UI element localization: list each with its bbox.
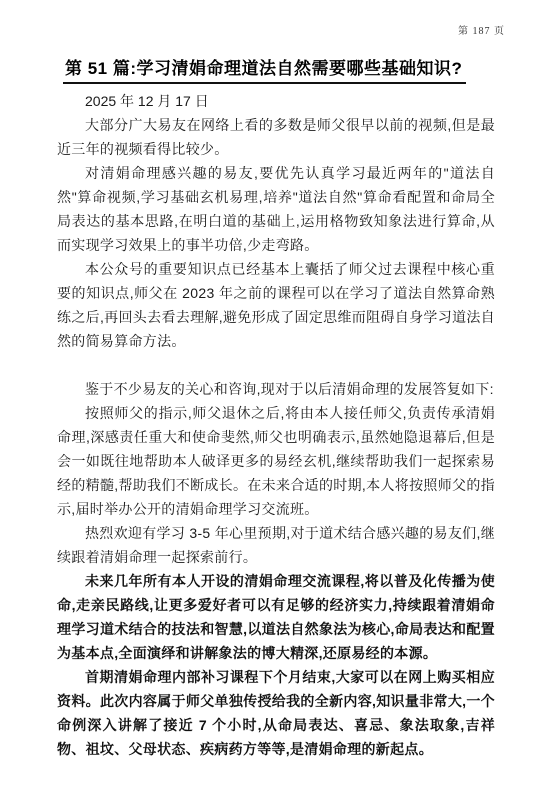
article-title: 第 51 篇:学习清娟命理道法自然需要哪些基础知识? <box>63 54 466 84</box>
paragraph: 大部分广大易友在网络上看的多数是师父很早以前的视频,但是最近三年的视频看得比较少… <box>57 113 495 161</box>
document-page: 第 187 页 第 51 篇:学习清娟命理道法自然需要哪些基础知识? 2025 … <box>0 0 551 786</box>
page-number: 第 187 页 <box>458 22 505 37</box>
paragraph: 首期清娟命理内部补习课程下个月结束,大家可以在网上购买相应资料。此次内容属于师父… <box>57 665 495 761</box>
paragraph: 未来几年所有本人开设的清娟命理交流课程,将以普及化传播为使命,走亲民路线,让更多… <box>57 569 495 665</box>
article-content: 第 51 篇:学习清娟命理道法自然需要哪些基础知识? 2025 年 12 月 1… <box>57 50 495 761</box>
paragraph: 对清娟命理感兴趣的易友,要优先认真学习最近两年的"道法自然"算命视频,学习基础玄… <box>57 161 495 257</box>
article-body: 大部分广大易友在网络上看的多数是师父很早以前的视频,但是最近三年的视频看得比较少… <box>57 113 495 761</box>
paragraph: 热烈欢迎有学习 3-5 年心里预期,对于道术结合感兴趣的易友们,继续跟着清娟命理… <box>57 521 495 569</box>
paragraph: 本公众号的重要知识点已经基本上囊括了师父过去课程中核心重要的知识点,师父在 20… <box>57 257 495 353</box>
article-date: 2025 年 12 月 17 日 <box>57 89 495 113</box>
paragraph: 按照师父的指示,师父退休之后,将由本人接任师父,负责传承清娟命理,深感责任重大和… <box>57 401 495 521</box>
paragraph: 鉴于不少易友的关心和咨询,现对于以后清娟命理的发展答复如下: <box>57 377 495 401</box>
